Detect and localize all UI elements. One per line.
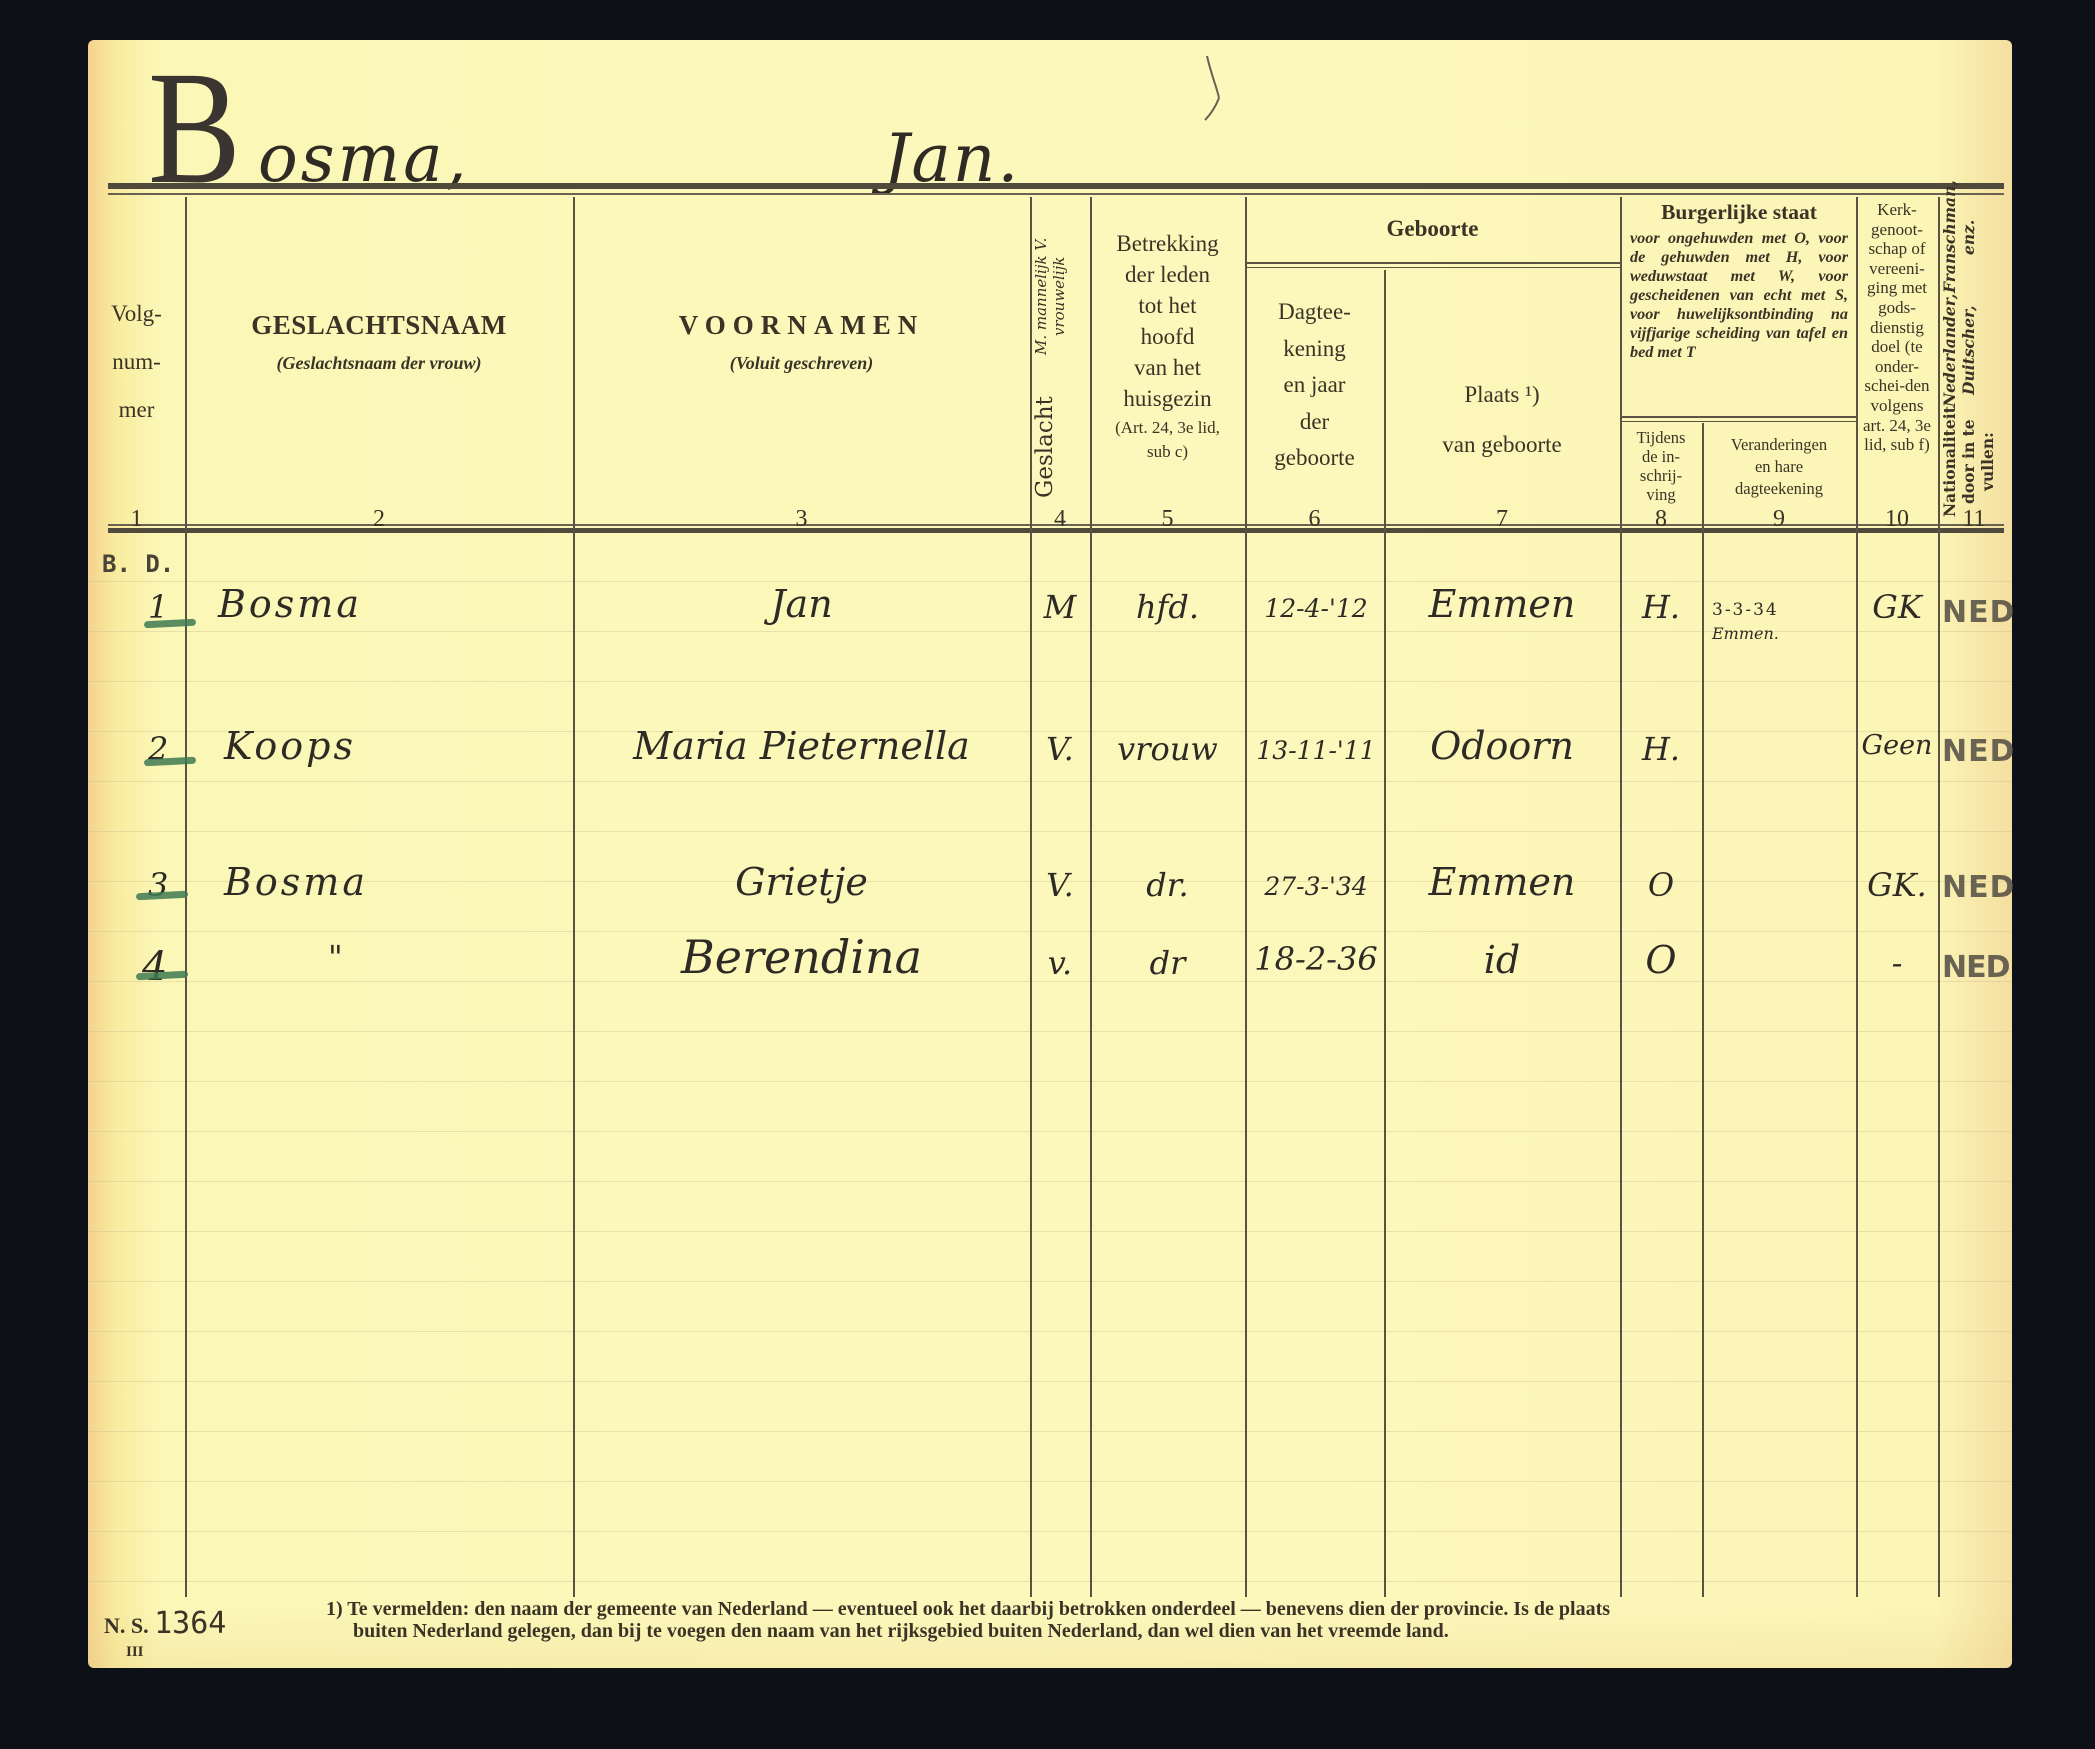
col-divider-8 [1702,423,1704,1597]
footnote: 1) Te vermelden: den naam der gemeente v… [326,1598,1926,1642]
row-geslachtsnaam: Bosma [224,860,368,904]
header-betrekking: Betrekking der leden tot het hoofd van h… [1090,228,1245,464]
row-nationaliteit-stamp: NED [1942,950,2010,985]
header-nationaliteit-line: Franschman, enz. [1940,181,2010,294]
row-staat: O [1620,866,1702,904]
header-dagteekening: Dagtee- kening en jaar der geboorte [1245,294,1384,477]
header-tijdens-line: ving [1620,485,1702,504]
geboorte-rule-thin [1247,267,1620,268]
column-number-5: 5 [1090,506,1245,533]
header-veranderingen-line: Veranderingen [1702,434,1856,456]
header-burgerlijke-staat-description: voor ongehuwden met O, voor de gehuwden … [1630,229,1848,362]
row-staat: H. [1620,730,1702,768]
row-kerkgenootschap: - [1856,944,1938,982]
header-veranderingen-line: en hare [1702,456,1856,478]
form-code-prefix: N. S. [104,1613,149,1638]
form-code: N. S. 1364 [104,1606,226,1641]
column-number-10: 10 [1856,506,1938,533]
header-volgnummer: Volg- num- mer [88,290,185,434]
column-number-7: 7 [1384,506,1620,533]
row-staat: O [1620,938,1702,982]
header-voornamen-title: VOORNAMEN [573,310,1030,341]
header-tijdens-line: de in- [1620,447,1702,466]
title-rule-thin [108,193,2004,195]
row-betrekking: dr. [1090,866,1245,904]
row-geboorteplaats: Emmen [1384,860,1620,904]
header-nationaliteit-line: Nederlander, Duitscher, [1940,293,2010,406]
column-number-4: 4 [1030,506,1090,533]
header-dagteekening-line: geboorte [1245,440,1384,477]
header-geboorte: Geboorte [1245,216,1620,242]
header-geslachtsnaam-subtitle: (Geslachtsnaam der vrouw) [185,353,573,374]
header-nationaliteit-line: Nationaliteit door in te vullen: [1940,407,2010,518]
header-betrekking-line: tot het [1090,290,1245,321]
row-geboorteplaats: Emmen [1384,582,1620,626]
form-number: 1364 [154,1606,226,1641]
header-burgerlijke-staat-title: Burgerlijke staat [1630,200,1848,225]
row-kerkgenootschap: GK [1856,588,1938,626]
header-dagteekening-line: kening [1245,331,1384,368]
row-veranderingen: 3-3-34 [1712,600,1779,620]
row-geslachtsnaam: " [328,938,343,976]
header-veranderingen-line: dagteekening [1702,478,1856,500]
header-volgnummer-line: Volg- [88,290,185,338]
row-nationaliteit-stamp: NED [1942,734,2016,769]
row-geboorteplaats: Odoorn [1384,724,1620,768]
header-geslacht: Geslacht M. mannelijk V. vrouwelijk [1032,200,1088,498]
header-geslacht-subtitle: M. mannelijk V. vrouwelijk [1032,200,1088,392]
row-geslachtsnaam: Koops [224,724,356,768]
header-geslachtsnaam-title: GESLACHTSNAAM [185,310,573,341]
row-geboortedatum: 13-11-'11 [1248,736,1384,765]
header-betrekking-line: der leden [1090,259,1245,290]
row-betrekking: vrouw [1090,730,1245,768]
column-number-11: 11 [1938,506,2010,533]
title-rule [108,183,2004,189]
header-betrekking-note: (Art. 24, 3e lid, sub c) [1090,414,1245,464]
header-volgnummer-line: mer [88,386,185,434]
burgerlijke-rule-thin [1622,421,1856,422]
row-staat: H. [1620,588,1702,626]
row-geslacht: V. [1030,866,1090,904]
ruled-lines [88,532,2012,1612]
row-veranderingen-plaats: Emmen. [1712,624,1779,643]
header-geslacht-title: Geslacht [1032,396,1088,498]
column-number-1: 1 [88,506,185,533]
footnote-line: buiten Nederland gelegen, dan bij te voe… [326,1620,1926,1642]
column-number-3: 3 [573,506,1030,533]
row-geboortedatum: 27-3-'34 [1248,872,1384,901]
header-volgnummer-line: num- [88,338,185,386]
header-dagteekening-line: Dagtee- [1245,294,1384,331]
row-nationaliteit-stamp: NED [1942,595,2016,630]
row-geslacht: v. [1030,944,1090,982]
column-number-8: 8 [1620,506,1702,533]
header-dagteekening-line: der [1245,404,1384,441]
header-betrekking-line: Betrekking [1090,228,1245,259]
row-geboortedatum: 12-4-'12 [1248,594,1384,623]
row-volgnummer: 4 [142,944,167,990]
column-number-6: 6 [1245,506,1384,533]
header-plaats-line: Plaats ¹) [1384,370,1620,420]
header-voornamen-subtitle: (Voluit geschreven) [573,353,1030,374]
pen-mark-icon [1203,54,1229,124]
form-series: III [126,1644,144,1661]
row-kerkgenootschap: Geen [1856,730,1938,761]
row-geboortedatum: 18-2-36 [1248,940,1384,978]
row-nationaliteit-stamp: NED [1942,870,2016,905]
header-dagteekening-line: en jaar [1245,367,1384,404]
row-voornamen: Jan [573,582,1030,626]
row-geslacht: M [1030,588,1090,626]
header-veranderingen: Veranderingen en hare dagteekening [1702,434,1856,500]
header-kerkgenootschap: Kerk-genoot-schap of vereeni-ging met go… [1858,200,1936,455]
geboorte-rule [1247,262,1620,264]
header-betrekking-line: hoofd [1090,321,1245,352]
row-voornamen: Grietje [573,860,1030,904]
column-number-2: 2 [185,506,573,533]
header-voornamen: VOORNAMEN (Voluit geschreven) [573,310,1030,374]
row-betrekking: dr [1090,944,1245,982]
row-voornamen: Berendina [573,930,1030,984]
row-geboorteplaats: id [1384,938,1620,982]
header-geslachtsnaam: GESLACHTSNAAM (Geslachtsnaam der vrouw) [185,310,573,374]
header-plaats: Plaats ¹) van geboorte [1384,370,1620,470]
header-nationaliteit: Nationaliteit door in te vullen: Nederla… [1940,200,2010,498]
row-voornamen: Maria Pieternella [573,724,1030,768]
row-geslachtsnaam: Bosma [218,582,362,626]
section-marker: B. D. [102,550,174,578]
header-betrekking-line: van het [1090,352,1245,383]
row-kerkgenootschap: GK. [1856,866,1938,904]
row-betrekking: hfd. [1090,588,1245,626]
row-geslacht: V. [1030,730,1090,768]
header-tijdens-line: schrij- [1620,466,1702,485]
column-number-9: 9 [1702,506,1856,533]
footnote-line: 1) Te vermelden: den naam der gemeente v… [326,1598,1926,1620]
header-plaats-line: van geboorte [1384,420,1620,470]
header-betrekking-line: huisgezin [1090,383,1245,414]
header-tijdens-line: Tijdens [1620,428,1702,447]
header-tijdens-inschrijving: Tijdens de in- schrij- ving [1620,428,1702,504]
registration-card: B osma, Jan. Volg- num- mer 1 GESLACHTSN… [88,40,2012,1668]
burgerlijke-rule [1622,416,1856,418]
header-burgerlijke-staat: Burgerlijke staat voor ongehuwden met O,… [1630,200,1848,362]
